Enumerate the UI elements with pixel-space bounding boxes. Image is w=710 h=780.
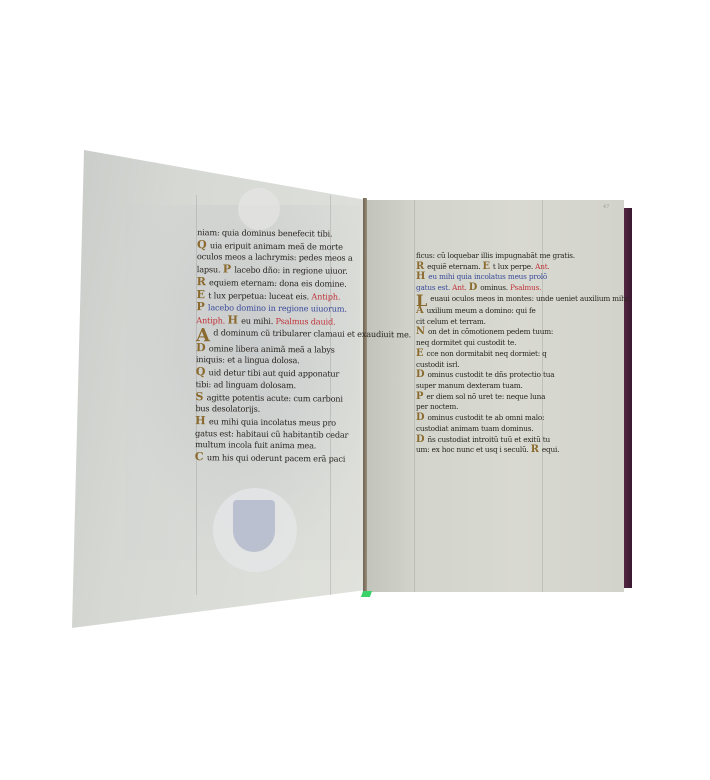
illuminated-initial: R [416, 261, 424, 272]
manuscript-line: um: ex hoc nunc et usq i seculũ. R equi. [416, 445, 541, 456]
illuminated-initial: S [195, 390, 203, 403]
manuscript-line: neq dormitet qui custodit te. [416, 338, 541, 349]
rubric-red: Ant. [452, 283, 466, 292]
green-bookmark-ribbon [361, 591, 372, 597]
manuscript-line: P er diem sol nõ uret te: neque luna [416, 392, 541, 403]
text-segment: t lux perpetua: luceat eis. [208, 290, 309, 301]
text-segment: agitte potentis acute: cum carboni [207, 392, 343, 403]
manuscript-line: custodit isrl. [416, 360, 541, 371]
illuminated-initial: E [416, 348, 423, 359]
text-segment: omine libera animã meã a labys [209, 343, 335, 354]
text-segment: oculos meos a lachrymis: pedes meos a [197, 252, 353, 264]
illuminated-initial: P [196, 300, 204, 313]
illuminated-initial: Q [196, 365, 206, 378]
text-segment: iniquis: et a lingua dolosa. [196, 355, 300, 366]
rubric-red: Antiph. [196, 315, 225, 325]
text-segment: ficus: cũ loquebar illis impugnabãt me g… [416, 251, 575, 260]
text-segment: lapsu. [197, 264, 221, 274]
text-segment: ñs custodiat introitũ tuũ et exitũ tu [427, 435, 550, 444]
book-spine-gutter [363, 198, 367, 594]
illuminated-initial: N [416, 326, 425, 337]
manuscript-line: D ñs custodiat introitũ tuũ et exitũ tu [416, 435, 541, 446]
illuminated-initial: R [197, 275, 206, 288]
text-segment: equiẽ eternam. [427, 262, 480, 271]
illuminated-initial: D [196, 341, 206, 354]
text-segment: equi. [542, 445, 559, 454]
text-segment: cit celum et terram. [416, 317, 486, 326]
illuminated-initial: H [227, 313, 237, 326]
illuminated-initial: D [416, 434, 424, 445]
rubric-red: Antiph. [311, 291, 340, 301]
manuscript-line: cit celum et terram. [416, 317, 541, 328]
text-segment: t lux perpe. [493, 262, 533, 271]
illuminated-initial: H [195, 414, 205, 427]
text-segment: gatus est: habitaui cũ habitantib cedar [195, 428, 348, 440]
rubric-blue: lacebo domino in regione uiuorum. [208, 303, 347, 314]
left-page-text: niam: quia dominus benefecit tibi. Q uia… [195, 227, 357, 465]
text-segment: equiem eternam: dona eis domine. [209, 277, 347, 288]
text-segment: bus desolatorijs. [195, 403, 260, 414]
rubric-red: Psalmus. [510, 283, 541, 292]
manuscript-line: custodiat animam tuam dominus. [416, 424, 541, 435]
folio-number: 47 [603, 204, 609, 210]
text-segment: on det in cõmotionem pedem tuum: [428, 327, 553, 336]
text-segment: custodiat animam tuam dominus. [416, 424, 533, 433]
text-segment: neq dormitet qui custodit te. [416, 338, 516, 347]
illuminated-initial: P [223, 263, 231, 276]
manuscript-line: D ominus custodit te ab omni malo: [416, 413, 541, 424]
text-segment: ominus custodit te dñs protectio tua [427, 370, 554, 379]
rubric-red: Ant. [535, 262, 549, 271]
manuscript-line: L euaui oculos meos in montes: unde ueni… [416, 294, 541, 306]
text-segment: per noctem. [416, 402, 458, 411]
text-segment: ominus. [480, 283, 508, 292]
manuscript-photo: 47 niam: quia dominus benefecit tibi. Q … [0, 0, 710, 780]
illuminated-initial: Q [197, 238, 207, 251]
text-segment: niam: quia dominus benefecit tibi. [197, 227, 332, 238]
rubric-red: Psalmus dauid. [276, 316, 336, 327]
text-segment: eu mihi. [241, 316, 273, 326]
text-segment: multum incola fuit anima mea. [195, 440, 316, 451]
manuscript-line: gatus est. Ant. D ominus. Psalmus. [416, 283, 541, 294]
illuminated-initial: C [195, 450, 204, 463]
illuminated-initial: A [416, 305, 423, 316]
manuscript-line: E cce non dormitabit neq dormiet: q [416, 349, 541, 360]
text-segment: euaui oculos meos in montes: unde ueniet… [430, 294, 630, 303]
illuminated-initial: P [416, 391, 423, 402]
illuminated-initial: E [196, 288, 204, 301]
illuminated-initial: D [469, 282, 477, 293]
bleedthrough-roundel [238, 188, 280, 230]
text-segment: ominus custodit te ab omni malo: [427, 413, 544, 422]
text-segment: custodit isrl. [416, 360, 460, 369]
manuscript-line: A d dominum cũ tribularer clamaui et exa… [196, 327, 356, 344]
illuminated-initial: E [482, 261, 489, 272]
manuscript-line: R equiem eternam: dona eis domine. [197, 276, 357, 290]
text-segment: lacebo dño: in regione uiuor. [234, 265, 347, 276]
text-segment: tibi: ad linguam dolosam. [196, 379, 296, 390]
text-segment: um his qui oderunt pacem erã paci [207, 452, 345, 463]
text-segment: d dominum cũ tribularer clamaui et exaud… [213, 327, 411, 339]
text-segment: cce non dormitabit neq dormiet: q [426, 349, 546, 358]
illuminated-initial: D [416, 412, 424, 423]
text-segment: uxilium meum a domino: qui fe [427, 306, 536, 315]
rubric-blue: eu mihi quia incolatus meus prolõ [428, 272, 547, 281]
manuscript-line: R equiẽ eternam. E t lux perpe. Ant. [416, 262, 541, 273]
bleedthrough-coat-of-arms-icon [233, 500, 275, 552]
text-segment: uia eripuit animam meã de morte [210, 240, 343, 251]
manuscript-line: super manum dexteram tuam. [416, 381, 541, 392]
text-segment: er diem sol nõ uret te: neque luna [426, 392, 545, 401]
manuscript-line: N on det in cõmotionem pedem tuum: [416, 327, 541, 338]
manuscript-line: per noctem. [416, 402, 541, 413]
manuscript-line: ficus: cũ loquebar illis impugnabãt me g… [416, 251, 541, 262]
manuscript-line: A uxilium meum a domino: qui fe [416, 306, 541, 317]
manuscript-line: C um his qui oderunt pacem erã paci [195, 451, 355, 465]
illuminated-initial: H [416, 271, 425, 282]
text-segment: super manum dexteram tuam. [416, 381, 523, 390]
right-page-text: ficus: cũ loquebar illis impugnabãt me g… [416, 251, 541, 456]
illuminated-initial: D [416, 369, 424, 380]
manuscript-line: H eu mihi quia incolatus meus prolõ [416, 272, 541, 283]
illuminated-initial: R [531, 444, 539, 455]
text-segment: eu mihi quia incolatus meus pro [209, 416, 336, 427]
ruling-line [414, 200, 415, 592]
text-segment: um: ex hoc nunc et usq i seculũ. [416, 445, 529, 454]
manuscript-line: D ominus custodit te dñs protectio tua [416, 370, 541, 381]
text-segment: uid detur tibi aut quid apponatur [209, 367, 340, 378]
